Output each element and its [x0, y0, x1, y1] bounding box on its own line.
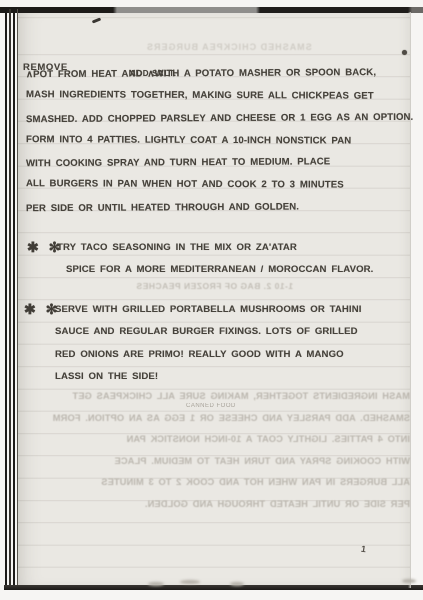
bleedthrough-line: WITH COOKING SPRAY AND TURN HEAT TO MEDI… [53, 451, 410, 473]
scan-smudge [230, 582, 244, 586]
bleedthrough-line: ALL BURGERS IN PAN WHEN HOT AND COOK 2 T… [53, 472, 410, 494]
pencil-speck [92, 17, 101, 23]
handwritten-line: WITH COOKING SPRAY AND TURN HEAT TO MEDI… [26, 151, 413, 176]
handwritten-line: TRY TACO SEASONING IN THE MIX OR ZA'ATAR [57, 237, 373, 259]
bleedthrough-line: SMASHED. ADD PARSLEY AND CHEESE OR 1 EGG… [53, 408, 410, 430]
handwritten-line: SPICE FOR A MORE MEDITERRANEAN / MOROCCA… [57, 259, 373, 281]
handwritten-line: SERVE WITH GRILLED PORTABELLA MUSHROOMS … [55, 299, 362, 321]
note-seasoning: TRY TACO SEASONING IN THE MIX OR ZA'ATAR… [57, 237, 373, 282]
scan-smudge [402, 579, 416, 583]
scan-smudge [180, 580, 200, 584]
handwritten-line: FORM INTO 4 PATTIES. LIGHTLY COAT A 10-I… [26, 129, 413, 153]
scanned-recipe-page: { "page": { "annotations": { "remove": "… [0, 0, 423, 600]
handwritten-line: SAUCE AND REGULAR BURGER FIXINGS. LOTS O… [55, 321, 362, 343]
handwritten-line: RED ONIONS ARE PRIMO! REALLY GOOD WITH A… [55, 344, 362, 366]
bleedthrough-line: 1-10 2. BAG OF FROZEN PEACHES [136, 281, 293, 291]
pencil-tick-mark: 1 [360, 544, 366, 555]
handwritten-line: SMASHED. ADD CHOPPED PARSLEY AND CHEESE … [26, 106, 413, 131]
bleedthrough-line: INTO 4 PATTIES. LIGHTLY COAT A 10-INCH N… [53, 429, 410, 451]
scan-smudge [148, 582, 164, 586]
bleedthrough-header-text: SMASHED CHICKPEA BURGERS [146, 42, 312, 52]
page-stack-edge-line [9, 9, 11, 589]
bleedthrough-tiny-text: CANNED FOOD [186, 403, 236, 409]
note-serving: SERVE WITH GRILLED PORTABELLA MUSHROOMS … [55, 299, 362, 388]
handwritten-line: MASH INGREDIENTS TOGETHER, MAKING SURE A… [26, 84, 413, 108]
page-stack-edge-line [13, 9, 15, 589]
handwritten-line: ∧POT FROM HEAT AND ∧WITH A POTATO MASHER… [26, 62, 413, 87]
page-stack-edge-line [5, 9, 7, 589]
notebook-bottom-edge [4, 585, 423, 590]
handwritten-line: ALL BURGERS IN PAN WHEN HOT AND COOK 2 T… [26, 174, 413, 198]
handwritten-line: LASSI ON THE SIDE! [55, 366, 362, 388]
bleedthrough-line: PER SIDE OR UNTIL HEATED THROUGH AND GOL… [53, 494, 410, 516]
handwritten-line: PER SIDE OR UNTIL HEATED THROUGH AND GOL… [26, 196, 413, 221]
recipe-instructions-paragraph: ∧POT FROM HEAT AND ∧WITH A POTATO MASHER… [26, 63, 413, 219]
notebook-paper: SMASHED CHICKPEA BURGERS REMOVE ADD SALT… [18, 13, 410, 585]
ink-dot [402, 50, 407, 55]
